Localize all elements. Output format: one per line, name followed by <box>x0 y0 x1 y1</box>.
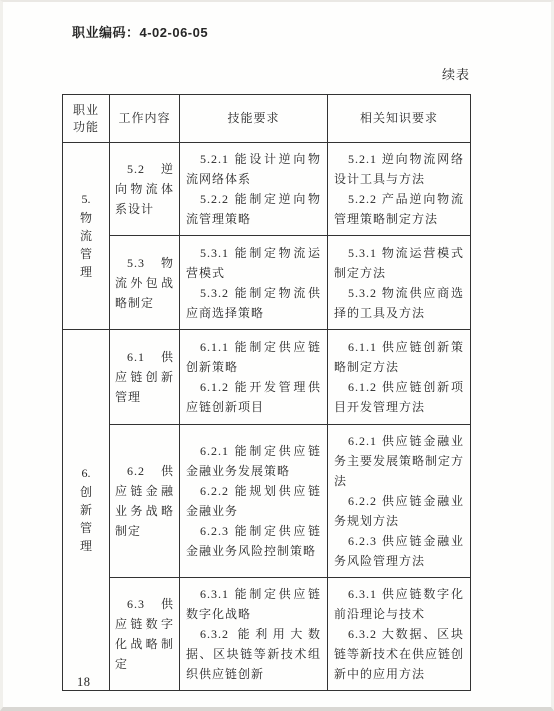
header-skills: 技能要求 <box>180 95 328 143</box>
knowledge-cell: 6.1.1 供应链创新策略制定方法 6.1.2 供应链创新项目开发管理方法 <box>328 330 471 425</box>
table-row: 6.3 供应链数字化战略制定 6.3.1 能制定供应链数字化战略 6.3.2 能… <box>63 578 471 691</box>
function-cell-innovation: 6. 创新管理 <box>63 330 110 691</box>
function-cell-logistics: 5. 物流管理 <box>63 143 110 330</box>
function-name: 物流管理 <box>80 209 93 281</box>
knowledge-item: 6.3.2 大数据、区块链等新技术在供应链创新中的应用方法 <box>334 624 464 684</box>
skills-cell: 5.3.1 能制定物流运营模式 5.3.2 能制定物流供应商选择策略 <box>180 236 328 330</box>
table-row: 5.3 物流外包战略制定 5.3.1 能制定物流运营模式 5.3.2 能制定物流… <box>63 236 471 330</box>
skill-item: 6.3.1 能制定供应链数字化战略 <box>186 584 321 624</box>
table-row: 6. 创新管理 6.1 供应链创新管理 6.1.1 能制定供应链创新策略 6.1… <box>63 330 471 425</box>
skill-item: 6.2.1 能制定供应链金融业务发展策略 <box>186 441 321 481</box>
skill-item: 6.2.2 能规划供应链金融业务 <box>186 481 321 521</box>
knowledge-item: 5.3.2 物流供应商选择的工具及方法 <box>334 283 464 323</box>
skill-item: 5.2.1 能设计逆向物流网络体系 <box>186 149 321 189</box>
knowledge-item: 6.2.1 供应链金融业务主要发展策略制定方法 <box>334 431 464 491</box>
work-item: 6.1 供应链创新管理 <box>115 347 174 407</box>
function-number: 5. <box>65 191 107 207</box>
continued-table-label: 续表 <box>332 64 470 83</box>
occupation-code: 职业编码：4-02-06-05 <box>72 22 208 41</box>
skill-item: 6.1.1 能制定供应链创新策略 <box>186 337 321 377</box>
table-row: 6.2 供应链金融业务战略制定 6.2.1 能制定供应链金融业务发展策略 6.2… <box>63 425 471 578</box>
header-function: 职业功能 <box>63 95 110 143</box>
skills-cell: 5.2.1 能设计逆向物流网络体系 5.2.2 能制定逆向物流管理策略 <box>180 143 328 236</box>
knowledge-item: 5.3.1 物流运营模式制定方法 <box>334 243 464 283</box>
work-item: 6.3 供应链数字化战略制定 <box>115 594 174 674</box>
skills-cell: 6.2.1 能制定供应链金融业务发展策略 6.2.2 能规划供应链金融业务 6.… <box>180 425 328 578</box>
skill-item: 6.1.2 能开发管理供应链创新项目 <box>186 377 321 417</box>
standards-table: 职业功能 工作内容 技能要求 相关知识要求 5. 物流管理 5.2 逆向物流体系… <box>62 94 471 691</box>
table-row: 5. 物流管理 5.2 逆向物流体系设计 5.2.1 能设计逆向物流网络体系 5… <box>63 143 471 236</box>
work-item: 6.2 供应链金融业务战略制定 <box>115 461 174 541</box>
work-cell: 6.3 供应链数字化战略制定 <box>110 578 180 691</box>
knowledge-item: 6.1.2 供应链创新项目开发管理方法 <box>334 377 464 417</box>
skill-item: 5.3.1 能制定物流运营模式 <box>186 243 321 283</box>
work-cell: 5.3 物流外包战略制定 <box>110 236 180 330</box>
knowledge-item: 5.2.1 逆向物流网络设计工具与方法 <box>334 149 464 189</box>
knowledge-cell: 5.3.1 物流运营模式制定方法 5.3.2 物流供应商选择的工具及方法 <box>328 236 471 330</box>
work-cell: 6.1 供应链创新管理 <box>110 330 180 425</box>
skills-cell: 6.1.1 能制定供应链创新策略 6.1.2 能开发管理供应链创新项目 <box>180 330 328 425</box>
function-name: 创新管理 <box>80 483 93 555</box>
knowledge-item: 5.2.2 产品逆向物流管理策略制定方法 <box>334 189 464 229</box>
page-number: 18 <box>77 675 91 690</box>
work-item: 5.3 物流外包战略制定 <box>115 253 174 313</box>
document-page: 职业编码：4-02-06-05 续表 职业功能 工作内容 技能要求 相关知识要求… <box>0 0 554 711</box>
knowledge-item: 6.2.2 供应链金融业务规划方法 <box>334 491 464 531</box>
skills-cell: 6.3.1 能制定供应链数字化战略 6.3.2 能利用大数据、区块链等新技术组织… <box>180 578 328 691</box>
skill-item: 5.3.2 能制定物流供应商选择策略 <box>186 283 321 323</box>
knowledge-item: 6.3.1 供应链数字化前沿理论与技术 <box>334 584 464 624</box>
work-cell: 5.2 逆向物流体系设计 <box>110 143 180 236</box>
work-cell: 6.2 供应链金融业务战略制定 <box>110 425 180 578</box>
skill-item: 5.2.2 能制定逆向物流管理策略 <box>186 189 321 229</box>
work-item: 5.2 逆向物流体系设计 <box>115 159 174 219</box>
header-knowledge: 相关知识要求 <box>328 95 471 143</box>
header-work: 工作内容 <box>110 95 180 143</box>
skill-item: 6.2.3 能制定供应链金融业务风险控制策略 <box>186 521 321 561</box>
knowledge-item: 6.2.3 供应链金融业务风险管理方法 <box>334 531 464 571</box>
skill-item: 6.3.2 能利用大数据、区块链等新技术组织供应链创新 <box>186 624 321 684</box>
function-number: 6. <box>65 465 107 481</box>
knowledge-item: 6.1.1 供应链创新策略制定方法 <box>334 337 464 377</box>
knowledge-cell: 6.3.1 供应链数字化前沿理论与技术 6.3.2 大数据、区块链等新技术在供应… <box>328 578 471 691</box>
table-header-row: 职业功能 工作内容 技能要求 相关知识要求 <box>63 95 471 143</box>
knowledge-cell: 6.2.1 供应链金融业务主要发展策略制定方法 6.2.2 供应链金融业务规划方… <box>328 425 471 578</box>
knowledge-cell: 5.2.1 逆向物流网络设计工具与方法 5.2.2 产品逆向物流管理策略制定方法 <box>328 143 471 236</box>
